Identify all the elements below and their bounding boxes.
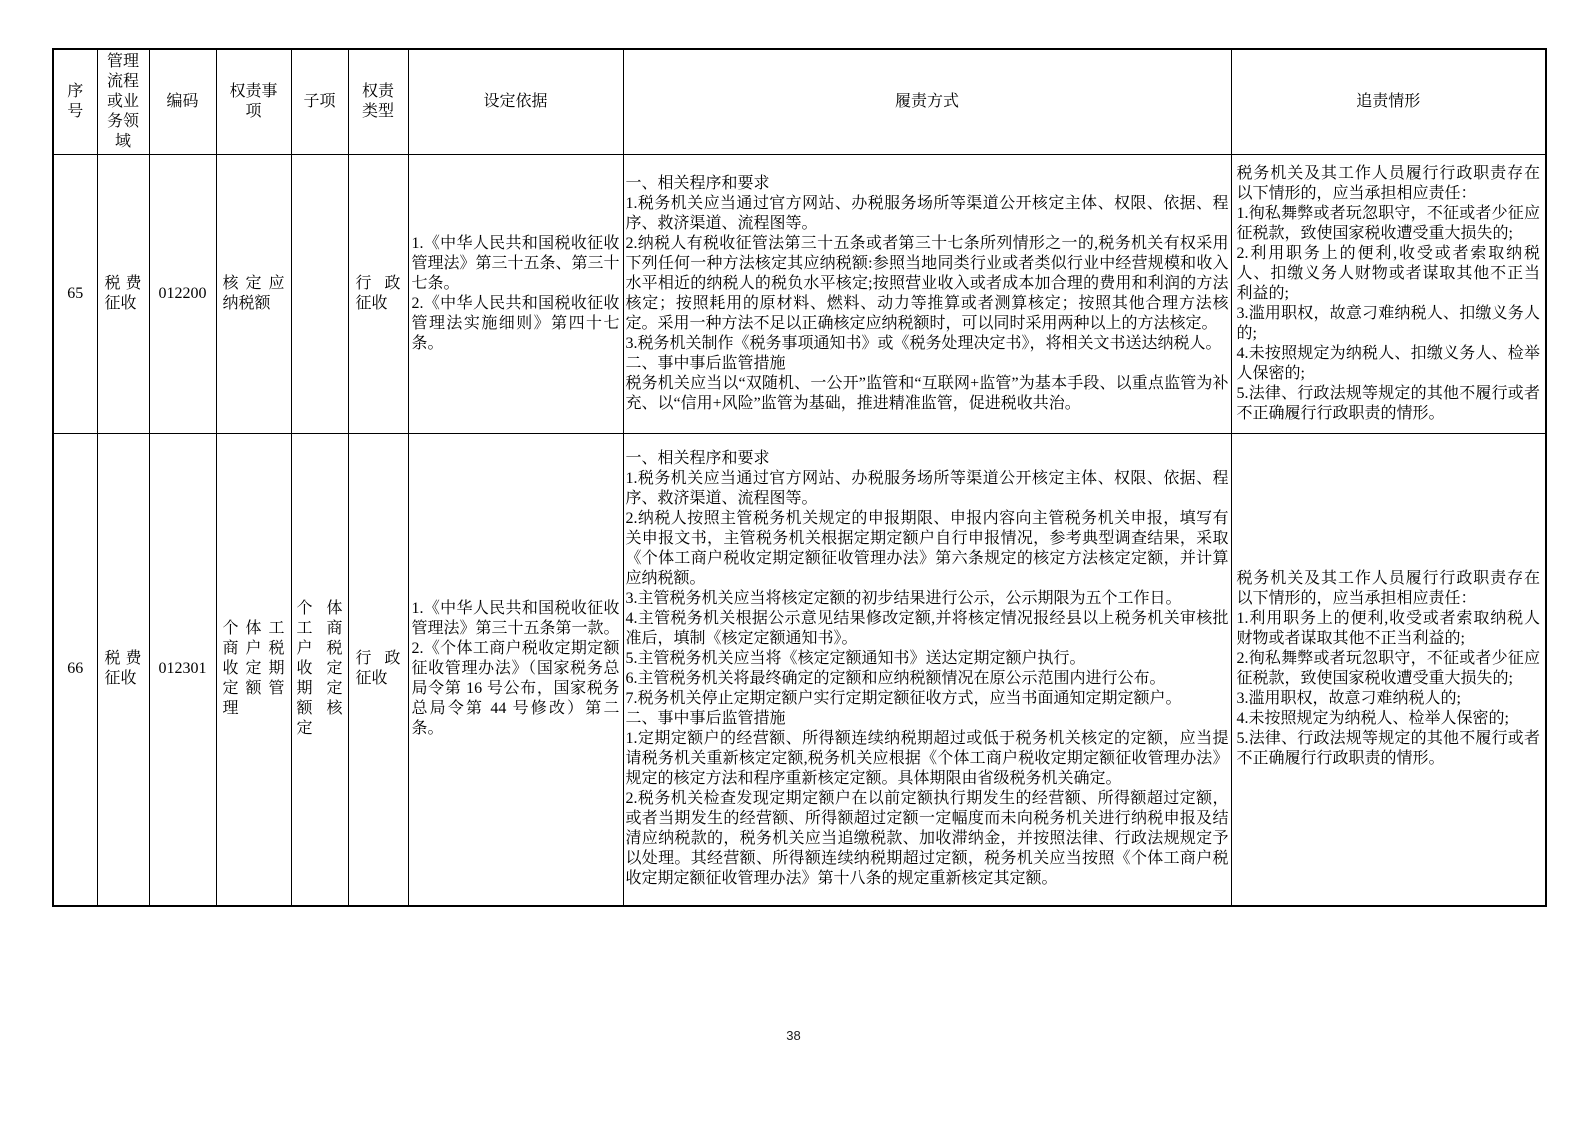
table-header-row: 序号 管理流程或业务领域 编码 权责事项 子项 权责类型 设定依据 履责方式 追… [53, 49, 1546, 155]
header-item: 权责事项 [216, 49, 291, 155]
cell-65-method: 一、相关程序和要求 1.税务机关应当通过官方网站、办税服务场所等渠道公开核定主体… [623, 155, 1231, 434]
cell-65-area: 税费征收 [97, 155, 149, 434]
header-xuhao: 序号 [53, 49, 97, 155]
cell-65-item: 核定应纳税额 [216, 155, 291, 434]
cell-66-item: 个体工商户税收定期定额管理 [216, 434, 291, 906]
header-method: 履责方式 [623, 49, 1231, 155]
cell-66-area: 税费征收 [97, 434, 149, 906]
table-row-66: 66 税费征收 012301 个体工商户税收定期定额管理 个体工商户税收定期定额… [53, 434, 1546, 906]
table-row-65: 65 税费征收 012200 核定应纳税额 行政征收 1.《中华人民共和国税收征… [53, 155, 1546, 434]
responsibility-table: 序号 管理流程或业务领域 编码 权责事项 子项 权责类型 设定依据 履责方式 追… [52, 48, 1547, 907]
cell-66-xuhao: 66 [53, 434, 97, 906]
header-code: 编码 [149, 49, 216, 155]
cell-65-code: 012200 [149, 155, 216, 434]
cell-66-code: 012301 [149, 434, 216, 906]
header-subitem: 子项 [291, 49, 348, 155]
cell-66-liability: 税务机关及其工作人员履行行政职责存在以下情形的，应当承担相应责任： 1.利用职务… [1231, 434, 1546, 906]
header-type: 权责类型 [348, 49, 408, 155]
cell-65-subitem [291, 155, 348, 434]
cell-66-method: 一、相关程序和要求 1.税务机关应当通过官方网站、办税服务场所等渠道公开核定主体… [623, 434, 1231, 906]
header-area: 管理流程或业务领域 [97, 49, 149, 155]
cell-66-type: 行政征收 [348, 434, 408, 906]
cell-66-subitem: 个体工商户税收定期定额核定 [291, 434, 348, 906]
header-liability: 追责情形 [1231, 49, 1546, 155]
cell-65-basis: 1.《中华人民共和国税收征收管理法》第三十五条、第三十七条。 2.《中华人民共和… [408, 155, 623, 434]
cell-65-xuhao: 65 [53, 155, 97, 434]
cell-66-basis: 1.《中华人民共和国税收征收管理法》第三十五条第一款。 2.《个体工商户税收定期… [408, 434, 623, 906]
page-number: 38 [0, 1028, 1587, 1043]
header-basis: 设定依据 [408, 49, 623, 155]
cell-65-type: 行政征收 [348, 155, 408, 434]
cell-65-liability: 税务机关及其工作人员履行行政职责存在以下情形的，应当承担相应责任： 1.徇私舞弊… [1231, 155, 1546, 434]
document-page: 序号 管理流程或业务领域 编码 权责事项 子项 权责类型 设定依据 履责方式 追… [0, 0, 1587, 1122]
